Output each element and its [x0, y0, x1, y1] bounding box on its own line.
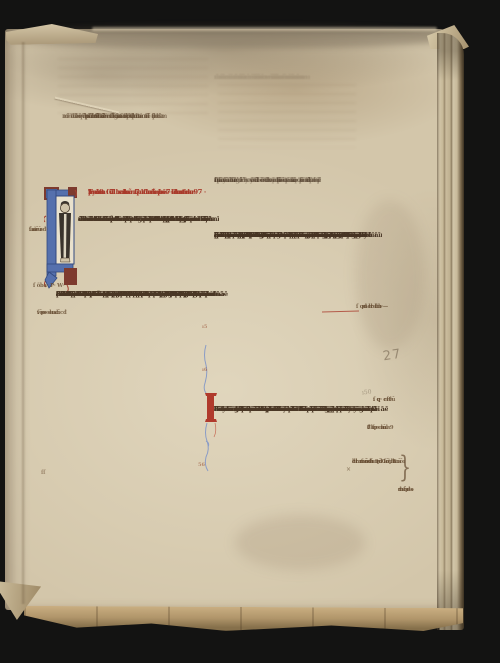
- top-edge-highlight: [92, 27, 437, 31]
- stain-bottom: [235, 515, 365, 570]
- manuscript-photo: mõ· ſeqmã · cũđ· 7 ſcđm · ĩ ſupıſaĩ · 7 …: [0, 0, 500, 663]
- gutter-crease: [21, 42, 26, 604]
- showthrough-text-right: [218, 84, 356, 148]
- top-left-page-fold: [6, 23, 98, 45]
- gutter-mark-1: ı5: [202, 324, 207, 330]
- pencil-folio-number: 27: [382, 347, 403, 365]
- stain-right-middle: [355, 200, 425, 350]
- margin-x-mark: ×: [346, 466, 351, 473]
- gutter-mark-3: 56: [198, 462, 205, 468]
- showthrough-text-left: [58, 58, 208, 116]
- page-edge-stack: [437, 33, 464, 630]
- left-margin-folio-mark: ſſ: [41, 470, 45, 476]
- faint-margin-number: ı50: [362, 389, 372, 397]
- bottom-edge-stack: [24, 606, 463, 633]
- margin-bracket: }: [399, 452, 411, 485]
- gutter-mark-2: ı6: [202, 367, 207, 373]
- historiated-initial-monk: [44, 184, 78, 296]
